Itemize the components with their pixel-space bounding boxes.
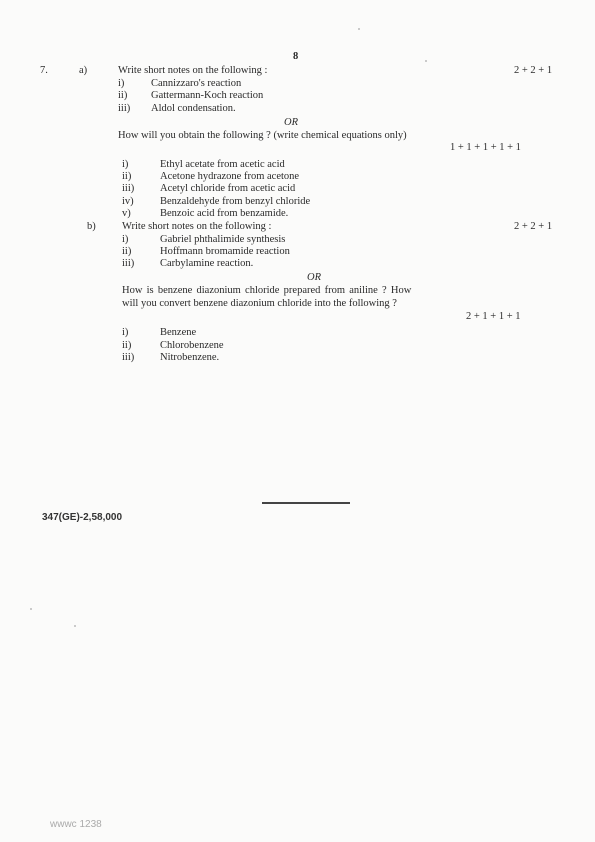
part-b-alt-marks: 2 + 1 + 1 + 1	[466, 312, 521, 323]
scan-speck	[358, 28, 360, 30]
bottom-stamp: wwwc 1238	[50, 820, 102, 830]
part-a-prompt: Write short notes on the following :	[118, 66, 267, 77]
part-b-prompt: Write short notes on the following :	[122, 222, 271, 233]
or-separator: OR	[307, 273, 321, 284]
list-item-label: i)	[122, 328, 128, 339]
footer-code: 347(GE)-2,58,000	[42, 513, 122, 523]
end-rule	[262, 502, 350, 504]
part-b-alt-prompt-line1: How is benzene diazonium chloride prepar…	[122, 286, 411, 297]
part-a-label: a)	[79, 66, 87, 77]
list-item: Chlorobenzene	[160, 341, 224, 352]
list-item: Hoffmann bromamide reaction	[160, 247, 290, 258]
list-item-label: iv)	[122, 197, 134, 208]
list-item-label: ii)	[122, 341, 131, 352]
or-separator: OR	[284, 118, 298, 129]
list-item: Benzoic acid from benzamide.	[160, 209, 288, 220]
list-item: Ethyl acetate from acetic acid	[160, 160, 285, 171]
list-item: Benzene	[160, 328, 196, 339]
list-item: Nitrobenzene.	[160, 353, 219, 364]
list-item: Gabriel phthalimide synthesis	[160, 235, 285, 246]
list-item: Gattermann-Koch reaction	[151, 91, 263, 102]
list-item-label: i)	[122, 235, 128, 246]
list-item: Acetone hydrazone from acetone	[160, 172, 299, 183]
list-item-label: i)	[118, 79, 124, 90]
page-number: 8	[293, 52, 298, 63]
part-a-marks: 2 + 2 + 1	[514, 66, 552, 77]
list-item-label: ii)	[122, 247, 131, 258]
list-item-label: iii)	[118, 104, 130, 115]
list-item: Acetyl chloride from acetic acid	[160, 184, 295, 195]
list-item: Cannizzaro's reaction	[151, 79, 241, 90]
list-item-label: iii)	[122, 259, 134, 270]
part-b-alt-prompt-line2: will you convert benzene diazonium chlor…	[122, 299, 397, 310]
list-item: Aldol condensation.	[151, 104, 236, 115]
list-item-label: ii)	[122, 172, 131, 183]
part-a-alt-marks: 1 + 1 + 1 + 1 + 1	[450, 143, 521, 154]
scan-speck	[425, 60, 427, 62]
scan-speck	[30, 608, 32, 610]
part-a-alt-prompt: How will you obtain the following ? (wri…	[118, 131, 407, 142]
part-b-label: b)	[87, 222, 96, 233]
list-item-label: ii)	[118, 91, 127, 102]
question-number: 7.	[40, 66, 48, 77]
list-item-label: iii)	[122, 353, 134, 364]
part-b-marks: 2 + 2 + 1	[514, 222, 552, 233]
list-item-label: i)	[122, 160, 128, 171]
list-item-label: iii)	[122, 184, 134, 195]
scan-speck	[74, 625, 76, 627]
list-item: Carbylamine reaction.	[160, 259, 253, 270]
list-item: Benzaldehyde from benzyl chloride	[160, 197, 310, 208]
list-item-label: v)	[122, 209, 131, 220]
